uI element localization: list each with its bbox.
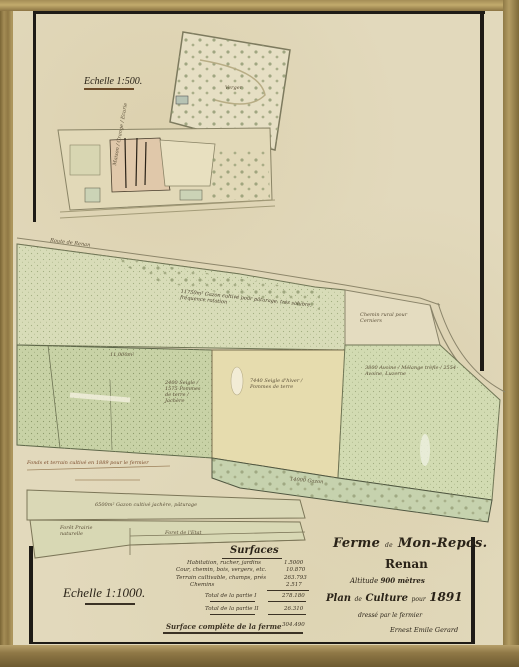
farm-title: Ferme de Mon-Repos. bbox=[333, 536, 487, 551]
main-scale-label: Echelle 1:1000. bbox=[63, 585, 145, 601]
parcel-label-right-field: 3800 Avoine / Mélange trèfle / 2554 Avoi… bbox=[365, 365, 465, 377]
surface-row-value: 263.793 bbox=[284, 575, 307, 581]
total-part-1-value-underline bbox=[268, 601, 306, 602]
altitude-value: 900 mètres bbox=[381, 576, 425, 585]
grand-total-value: 304.490 bbox=[282, 622, 305, 628]
surface-row-value: 10.870 bbox=[286, 567, 305, 573]
surface-row-value: 1.5000 bbox=[284, 560, 303, 566]
main-plan bbox=[17, 238, 505, 558]
dressed-by: dressé par le fermier bbox=[358, 612, 422, 619]
farm-connector: de bbox=[385, 542, 393, 549]
surface-row-value: 2.517 bbox=[286, 582, 302, 588]
farm-word: Ferme bbox=[333, 536, 380, 551]
parcel-label-left-field: 2400 Seigle / 1575 Pommes de terre / Jac… bbox=[165, 380, 205, 404]
surface-row-label: Habitation, rucher, jardins bbox=[187, 560, 261, 566]
surface-row-label: Terrain cultivable, champs, prés bbox=[176, 575, 266, 581]
altitude-label: Altitude bbox=[350, 577, 378, 585]
grand-total-label: Surface complète de la ferme bbox=[166, 622, 281, 631]
altitude-line: Altitude 900 mètres bbox=[350, 576, 425, 585]
parcel-label-inset-orchard: Verger bbox=[225, 85, 242, 91]
inset-scale-label: Echelle 1:500. bbox=[84, 76, 142, 87]
surface-row-label: Cour, chemin, bois, vergers, etc. bbox=[176, 567, 266, 573]
inset-scale-underline bbox=[84, 88, 134, 90]
plan-year: 1891 bbox=[429, 590, 462, 604]
total-part-1-value: 278.180 bbox=[282, 593, 305, 599]
inset-plan bbox=[58, 32, 290, 218]
parcel-label-right-upper: Chemin rural pour Cerniers bbox=[360, 312, 420, 324]
parcel-label-lower-strip-2: Foret de l'Etat bbox=[165, 530, 202, 536]
grand-total-underline bbox=[163, 632, 303, 634]
parcel-label-meadow-left: 11,000m² bbox=[110, 352, 134, 358]
parcel-label-lower-strip-3: Forêt Prairie naturelle bbox=[60, 525, 110, 537]
total-part-2-value: 26.310 bbox=[284, 606, 303, 612]
main-scale-underline bbox=[85, 603, 135, 605]
total-part-2-value-underline bbox=[268, 614, 306, 615]
farm-name: Mon-Repos. bbox=[398, 536, 488, 551]
surface-row-label: Chemins bbox=[190, 582, 214, 588]
plan-for: pour bbox=[412, 596, 426, 603]
culture-word: Culture bbox=[365, 593, 408, 604]
plan-connector: de bbox=[355, 596, 362, 603]
signature: Ernest Emile Gerard bbox=[390, 626, 458, 634]
parcel-label-note: Fonds et terrain cultivé en 1889 pour le… bbox=[27, 460, 149, 466]
total-part-2-underline bbox=[210, 614, 255, 615]
total-part-1-label: Total de la partie I bbox=[205, 593, 256, 599]
surfaces-heading: Surfaces bbox=[230, 545, 279, 556]
total-part-2-label: Total de la partie II bbox=[205, 606, 259, 612]
plan-word: Plan bbox=[326, 593, 351, 604]
surfaces-heading-underline bbox=[222, 558, 282, 559]
locality: Renan bbox=[385, 557, 428, 571]
plan-title-line: Plan de Culture pour 1891 bbox=[326, 590, 463, 604]
total-part-1-underline bbox=[210, 601, 255, 602]
parcel-label-lower-strip-1: 6500m² Gazon cultivé jachère, pâturage bbox=[95, 502, 197, 508]
subtotal-rule bbox=[267, 590, 309, 591]
parcel-label-center-field: 7440 Seigle d'hiver / Pommes de terre bbox=[250, 378, 320, 390]
